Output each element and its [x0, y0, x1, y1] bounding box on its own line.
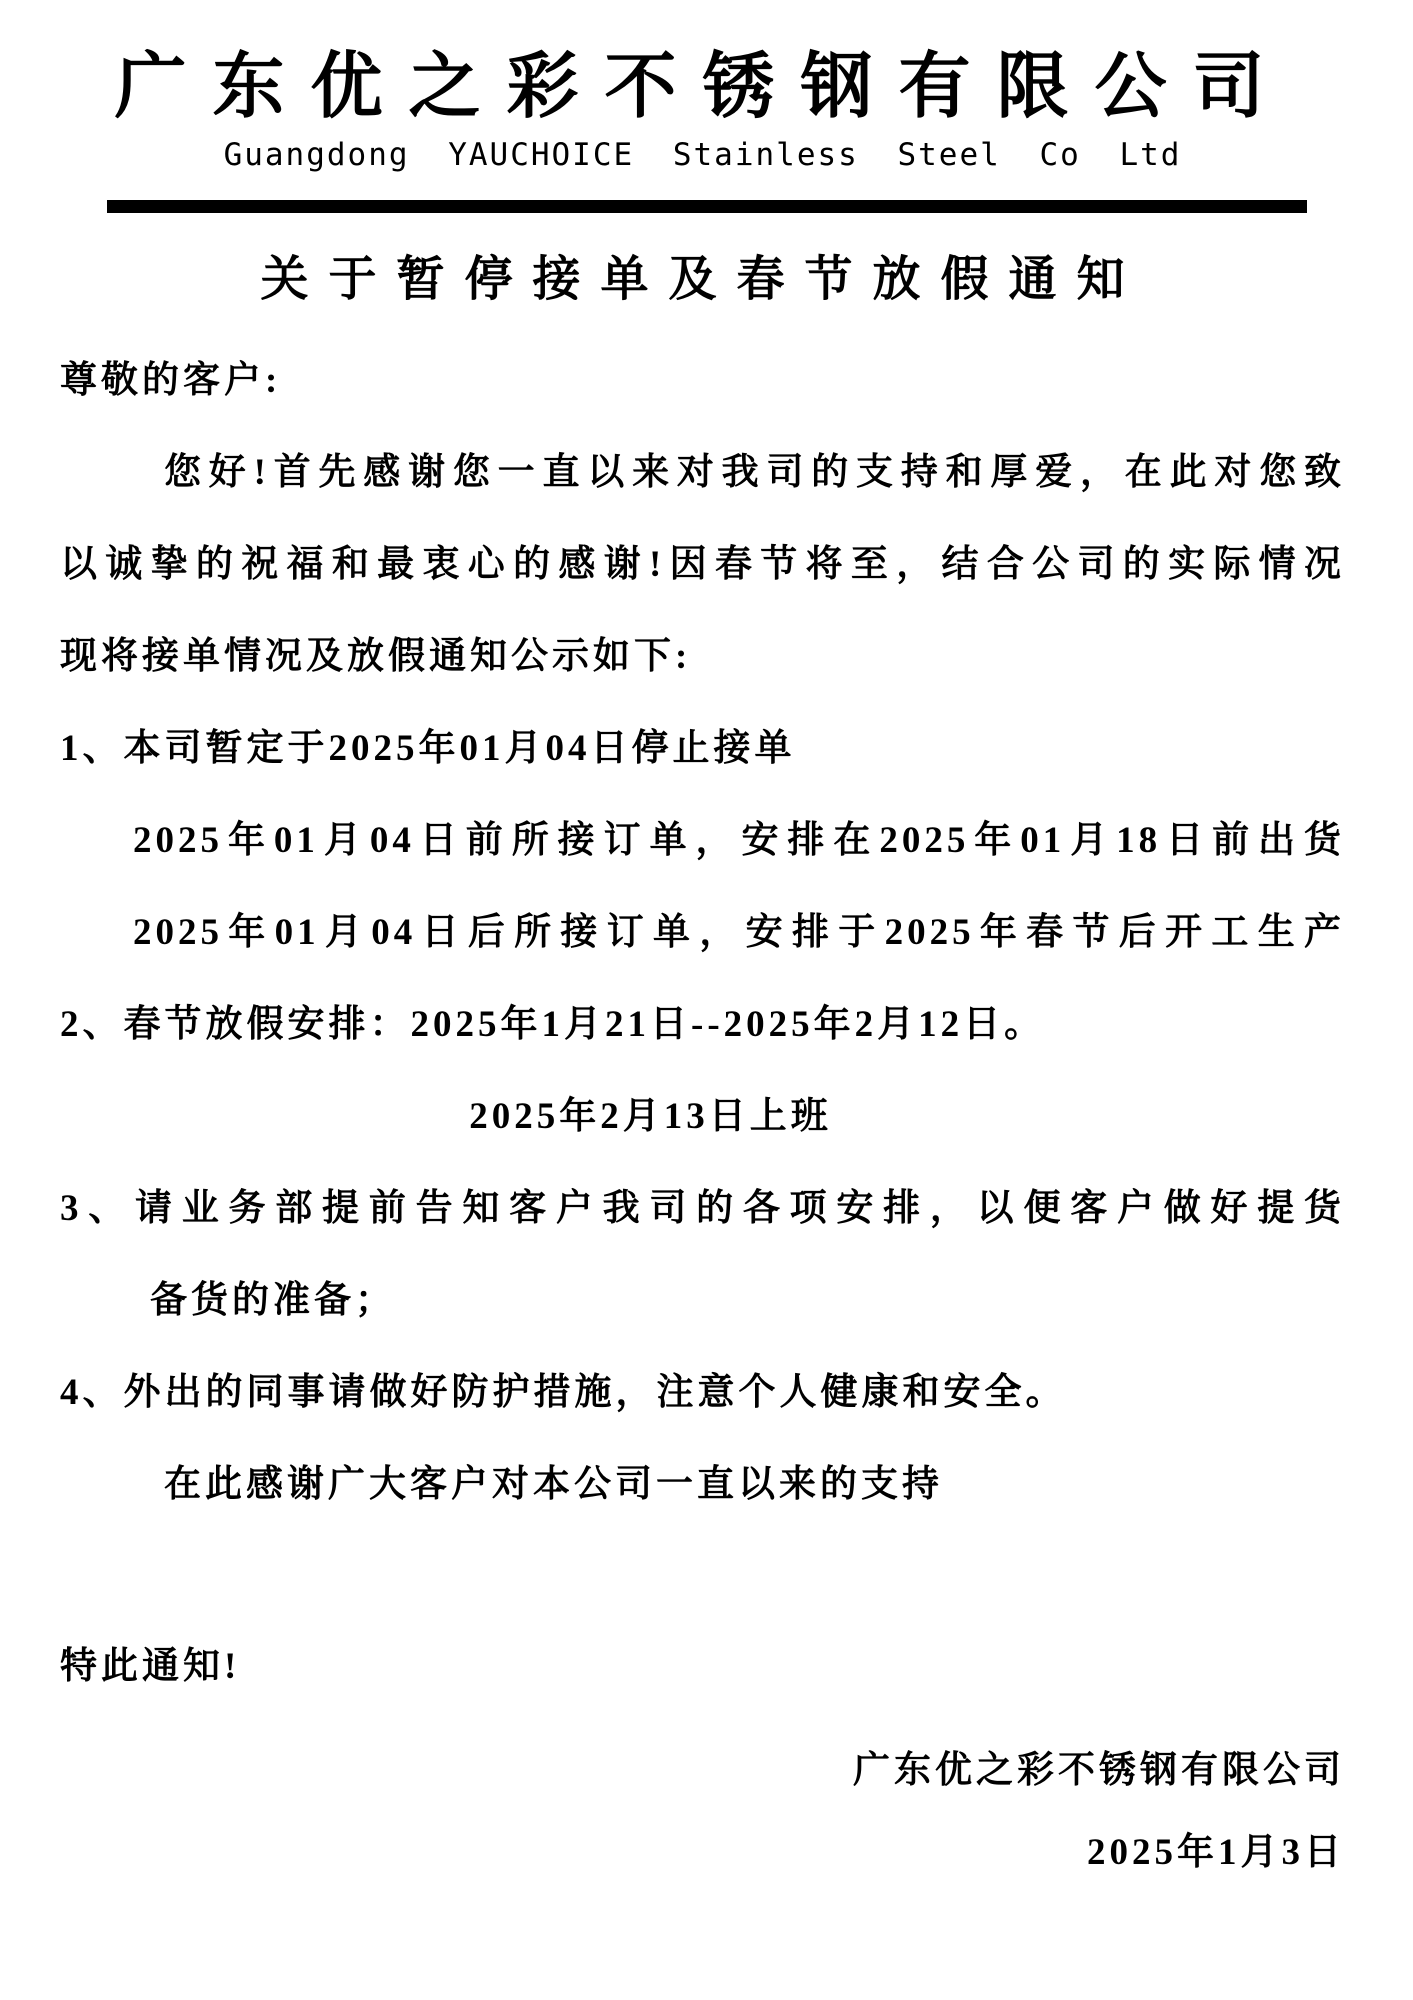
item-1-detail-after: 2025年01月04日后所接订单，安排于2025年春节后开工生产: [60, 887, 1345, 979]
notice-title: 关于暂停接单及春节放假通知: [60, 249, 1345, 311]
header-divider: [107, 200, 1307, 213]
closing-statement: 特此通知!: [60, 1621, 1345, 1713]
item-2: 2、春节放假安排：2025年1月21日--2025年2月12日。: [60, 979, 1345, 1071]
intro-line-1: 您好!首先感谢您一直以来对我司的支持和厚爱，在此对您致: [60, 427, 1345, 519]
intro-line-3: 现将接单情况及放假通知公示如下:: [60, 611, 1345, 703]
signature-company: 广东优之彩不锈钢有限公司: [60, 1725, 1345, 1817]
signature-date: 2025年1月3日: [60, 1817, 1345, 1889]
salutation: 尊敬的客户:: [60, 335, 1345, 427]
item-3: 3、请业务部提前告知客户我司的各项安排，以便客户做好提货: [60, 1163, 1345, 1255]
item-2-return-to-work: 2025年2月13日上班: [60, 1071, 1345, 1163]
intro-line-2: 以诚挚的祝福和最衷心的感谢!因春节将至，结合公司的实际情况: [60, 519, 1345, 611]
item-1-detail-before: 2025年01月04日前所接订单，安排在2025年01月18日前出货: [60, 795, 1345, 887]
item-4: 4、外出的同事请做好防护措施，注意个人健康和安全。: [60, 1347, 1345, 1439]
company-name-cn: 广东优之彩不锈钢有限公司: [60, 46, 1345, 129]
notice-document: 广东优之彩不锈钢有限公司 Guangdong YAUCHOICE Stainle…: [0, 0, 1413, 2000]
item-1: 1、本司暂定于2025年01月04日停止接单: [60, 703, 1345, 795]
notice-body: 尊敬的客户: 您好!首先感谢您一直以来对我司的支持和厚爱，在此对您致 以诚挚的祝…: [60, 335, 1345, 1889]
letterhead: 广东优之彩不锈钢有限公司 Guangdong YAUCHOICE Stainle…: [60, 46, 1345, 213]
item-3-continuation: 备货的准备；: [60, 1255, 1345, 1347]
company-name-en: Guangdong YAUCHOICE Stainless Steel Co L…: [60, 137, 1345, 173]
thanks-line: 在此感谢广大客户对本公司一直以来的支持: [60, 1439, 1345, 1531]
